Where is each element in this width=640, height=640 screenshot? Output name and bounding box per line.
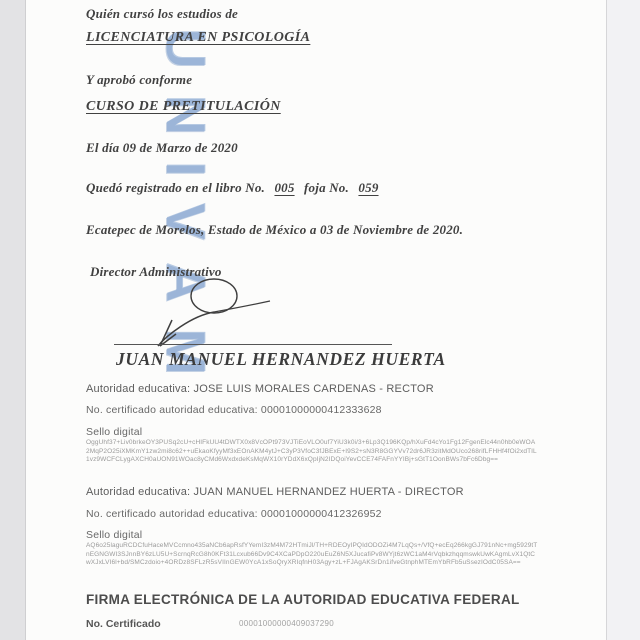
photo-margin-right bbox=[606, 0, 640, 640]
intro-line: Quién cursó los estudios de bbox=[86, 6, 238, 22]
signature-rule bbox=[114, 344, 392, 345]
federal-certificate-value: 00001000000409037290 bbox=[239, 619, 334, 628]
course-title: CURSO DE PRETITULACIÓN bbox=[86, 99, 281, 115]
registry-middle: foja No. bbox=[304, 180, 349, 195]
place-date-line: Ecatepec de Morelos, Estado de México a … bbox=[86, 222, 463, 238]
scanned-certificate-photo: { "document": { "intro_line": "Quién cur… bbox=[0, 0, 640, 640]
photo-margin-left bbox=[0, 0, 26, 640]
approved-line: Y aprobó conforme bbox=[86, 72, 192, 88]
authority-2-digital-seal: AQ6o25laguRCDCfuHaceMVCcmno435aNCb6apRsf… bbox=[86, 542, 564, 568]
authority-2-certificate: No. certificado autoridad educativa: 000… bbox=[86, 508, 382, 520]
registry-line: Quedó registrado en el libro No. 005 foj… bbox=[86, 180, 385, 196]
seal-line: 1vz9WCFCLygAXCH0aUON91WOac8yCMd6WxdxdeKs… bbox=[86, 456, 564, 465]
seal-line: nEGNGWI3SJnnBY6zLU5U+ScrnqRcG8h0KFt31Lcx… bbox=[86, 551, 564, 560]
authority-2-seal-label: Sello digital bbox=[86, 529, 142, 541]
federal-signature-title: FIRMA ELECTRÓNICA DE LA AUTORIDAD EDUCAT… bbox=[86, 592, 520, 607]
handwritten-signature bbox=[136, 258, 296, 350]
exam-date-line: El día 09 de Marzo de 2020 bbox=[86, 140, 238, 156]
seal-line: OggUhf37+Liv0brkeOY3PUSq2cU+cHIFkUU4tDWT… bbox=[86, 439, 564, 448]
authority-1-seal-label: Sello digital bbox=[86, 426, 142, 438]
registry-book-number: 005 bbox=[268, 180, 300, 195]
certificate-page: UNIVAM Quién cursó los estudios de LICEN… bbox=[26, 0, 606, 640]
authority-1-certificate: No. certificado autoridad educativa: 000… bbox=[86, 404, 382, 416]
authority-1-line: Autoridad educativa: JOSE LUIS MORALES C… bbox=[86, 383, 434, 395]
seal-line: wXJxLVI6l+bd/SMCzdoio+4ORDz8SFLzR5sVIInG… bbox=[86, 559, 564, 568]
registry-folio-number: 059 bbox=[352, 180, 384, 195]
degree-title: LICENCIATURA EN PSICOLOGÍA bbox=[86, 30, 310, 46]
federal-certificate-label: No. Certificado bbox=[86, 618, 161, 630]
seal-line: 2MqP2O25iXMKmY1zw2mi8c62++uEkaoKfyyMf3xE… bbox=[86, 448, 564, 457]
registry-prefix: Quedó registrado en el libro No. bbox=[86, 180, 265, 195]
seal-line: AQ6o25laguRCDCfuHaceMVCcmno435aNCb6apRsf… bbox=[86, 542, 564, 551]
authority-1-digital-seal: OggUhf37+Liv0brkeOY3PUSq2cU+cHIFkUU4tDWT… bbox=[86, 439, 564, 465]
signer-name: JUAN MANUEL HERNANDEZ HUERTA bbox=[116, 349, 446, 370]
authority-2-line: Autoridad educativa: JUAN MANUEL HERNAND… bbox=[86, 486, 464, 498]
